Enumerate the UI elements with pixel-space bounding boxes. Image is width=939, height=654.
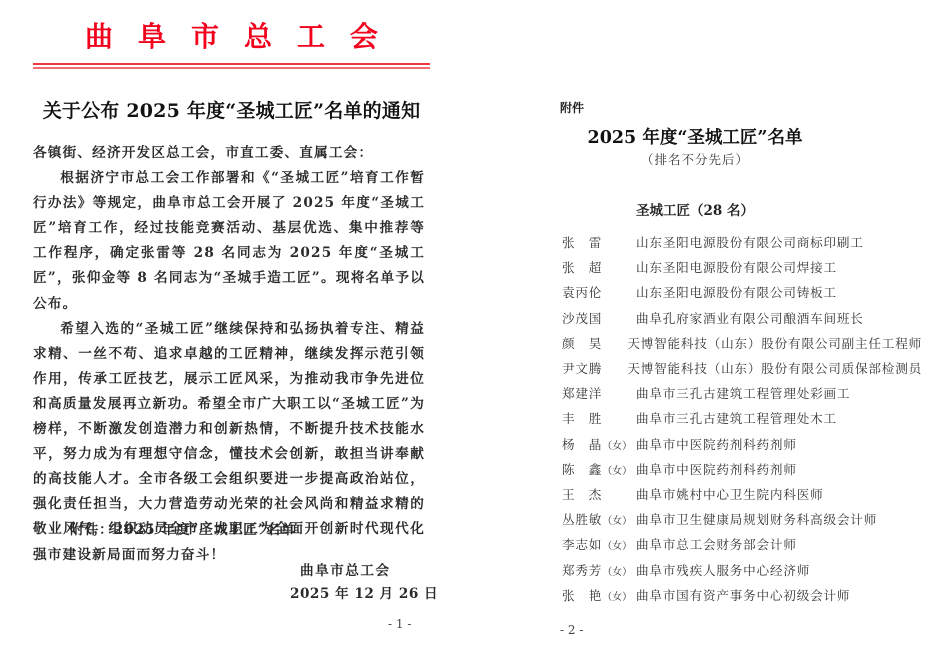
signature-organization: 曲阜市总工会	[300, 559, 391, 583]
letterhead-divider	[33, 63, 430, 65]
person-workplace: 曲阜市国有资产事务中心初级会计师	[636, 585, 922, 604]
person-name: 郑建洋	[562, 386, 602, 401]
letterhead-char: 工	[297, 20, 325, 54]
person-name: 李志如	[562, 537, 602, 552]
person-workplace: 天博智能科技（山东）股份有限公司副主任工程师	[627, 333, 922, 352]
list-subtitle: （排名不分先后）	[530, 150, 860, 170]
person-workplace: 山东圣阳电源股份有限公司铸板工	[636, 282, 922, 301]
salutation: 各镇街、经济开发区总工会，市直工委、直属工会：	[33, 141, 425, 166]
roster-row: 张 超山东圣阳电源股份有限公司焊接工	[562, 254, 922, 279]
list-title: 2025 年度“圣城工匠”名单	[530, 126, 860, 150]
craftsman-roster: 张 雷山东圣阳电源股份有限公司商标印刷工 张 超山东圣阳电源股份有限公司焊接工 …	[562, 229, 922, 607]
notice-title: 关于公布 2025 年度“圣城工匠”名单的通知	[33, 99, 430, 123]
person-name: 丰 胜	[562, 411, 602, 426]
roster-row: 杨 晶（女）曲阜市中医院药剂科药剂师	[562, 431, 922, 456]
person-name: 张 超	[562, 260, 602, 275]
gender-tag: （女）	[602, 516, 632, 527]
person-name: 丛胜敏	[562, 512, 602, 527]
page-number: - 2 -	[560, 620, 583, 640]
roster-row: 王 杰曲阜市姚村中心卫生院内科医师	[562, 481, 922, 506]
person-workplace: 天博智能科技（山东）股份有限公司质保部检测员	[627, 358, 922, 377]
person-workplace: 曲阜市中医院药剂科药剂师	[636, 459, 922, 478]
person-workplace: 曲阜市姚村中心卫生院内科医师	[636, 484, 922, 503]
person-name: 沙茂国	[562, 311, 602, 326]
page-number: - 1 -	[388, 614, 411, 634]
roster-row: 李志如（女）曲阜市总工会财务部会计师	[562, 531, 922, 556]
roster-row: 郑建洋曲阜市三孔古建筑工程管理处彩画工	[562, 380, 922, 405]
roster-row: 丛胜敏（女）曲阜市卫生健康局规划财务科高级会计师	[562, 506, 922, 531]
person-workplace: 曲阜市三孔古建筑工程管理处木工	[636, 408, 922, 427]
gender-tag: （女）	[602, 541, 632, 552]
person-workplace: 曲阜市三孔古建筑工程管理处彩画工	[636, 383, 922, 402]
notice-body: 各镇街、经济开发区总工会，市直工委、直属工会： 根据济宁市总工会工作部署和《“圣…	[33, 141, 425, 568]
roster-row: 张 雷山东圣阳电源股份有限公司商标印刷工	[562, 229, 922, 254]
person-workplace: 曲阜市总工会财务部会计师	[636, 534, 922, 553]
person-name: 杨 晶	[562, 437, 602, 452]
roster-row: 陈 鑫（女）曲阜市中医院药剂科药剂师	[562, 456, 922, 481]
attachment-label: 附件	[560, 99, 584, 117]
letterhead-char: 阜	[138, 20, 166, 54]
person-name: 陈 鑫	[562, 462, 602, 477]
person-workplace: 曲阜孔府家酒业有限公司酿酒车间班长	[636, 308, 922, 327]
roster-row: 尹文腾天博智能科技（山东）股份有限公司质保部检测员	[562, 355, 922, 380]
gender-tag: （女）	[602, 466, 632, 477]
letterhead-char: 市	[191, 20, 219, 54]
person-name: 王 杰	[562, 487, 602, 502]
roster-row: 袁丙伦山东圣阳电源股份有限公司铸板工	[562, 279, 922, 304]
person-name: 郑秀芳	[562, 563, 602, 578]
roster-row: 丰 胜曲阜市三孔古建筑工程管理处木工	[562, 405, 922, 430]
signature-date: 2025 年 12 月 26 日	[290, 582, 438, 606]
letterhead-char: 曲	[85, 20, 113, 54]
person-workplace: 山东圣阳电源股份有限公司商标印刷工	[636, 232, 922, 251]
gender-tag: （女）	[602, 592, 632, 603]
person-workplace: 曲阜市中医院药剂科药剂师	[636, 434, 922, 453]
roster-row: 沙茂国曲阜孔府家酒业有限公司酿酒车间班长	[562, 305, 922, 330]
roster-row: 颜 昊天博智能科技（山东）股份有限公司副主任工程师	[562, 330, 922, 355]
gender-tag: （女）	[602, 441, 632, 452]
person-name: 张 艳	[562, 588, 602, 603]
person-name: 尹文腾	[562, 361, 602, 376]
paragraph-1: 根据济宁市总工会工作部署和《“圣城工匠”培育工作暂行办法》等规定，曲阜市总工会开…	[33, 166, 425, 317]
section-title: 圣城工匠（28 名）	[530, 200, 860, 222]
person-workplace: 曲阜市残疾人服务中心经济师	[636, 560, 922, 579]
letterhead-divider-secondary	[33, 67, 430, 69]
person-workplace: 山东圣阳电源股份有限公司焊接工	[636, 257, 922, 276]
org-letterhead: 曲 阜 市 总 工 会	[33, 20, 430, 54]
letterhead-char: 会	[350, 20, 378, 54]
person-name: 袁丙伦	[562, 285, 602, 300]
document-page-1: 曲 阜 市 总 工 会 关于公布 2025 年度“圣城工匠”名单的通知 各镇街、…	[0, 0, 470, 654]
document-page-2: 附件 2025 年度“圣城工匠”名单 （排名不分先后） 圣城工匠（28 名） 张…	[470, 0, 939, 654]
gender-tag: （女）	[602, 567, 632, 578]
letterhead-char: 总	[244, 20, 272, 54]
roster-row: 郑秀芳（女）曲阜市残疾人服务中心经济师	[562, 556, 922, 581]
person-workplace: 曲阜市卫生健康局规划财务科高级会计师	[636, 509, 922, 528]
roster-row: 张 艳（女）曲阜市国有资产事务中心初级会计师	[562, 582, 922, 607]
attachment-reference: 附件：2025 年度“圣城工匠”名单	[70, 518, 296, 542]
person-name: 张 雷	[562, 235, 602, 250]
person-name: 颜 昊	[562, 336, 602, 351]
